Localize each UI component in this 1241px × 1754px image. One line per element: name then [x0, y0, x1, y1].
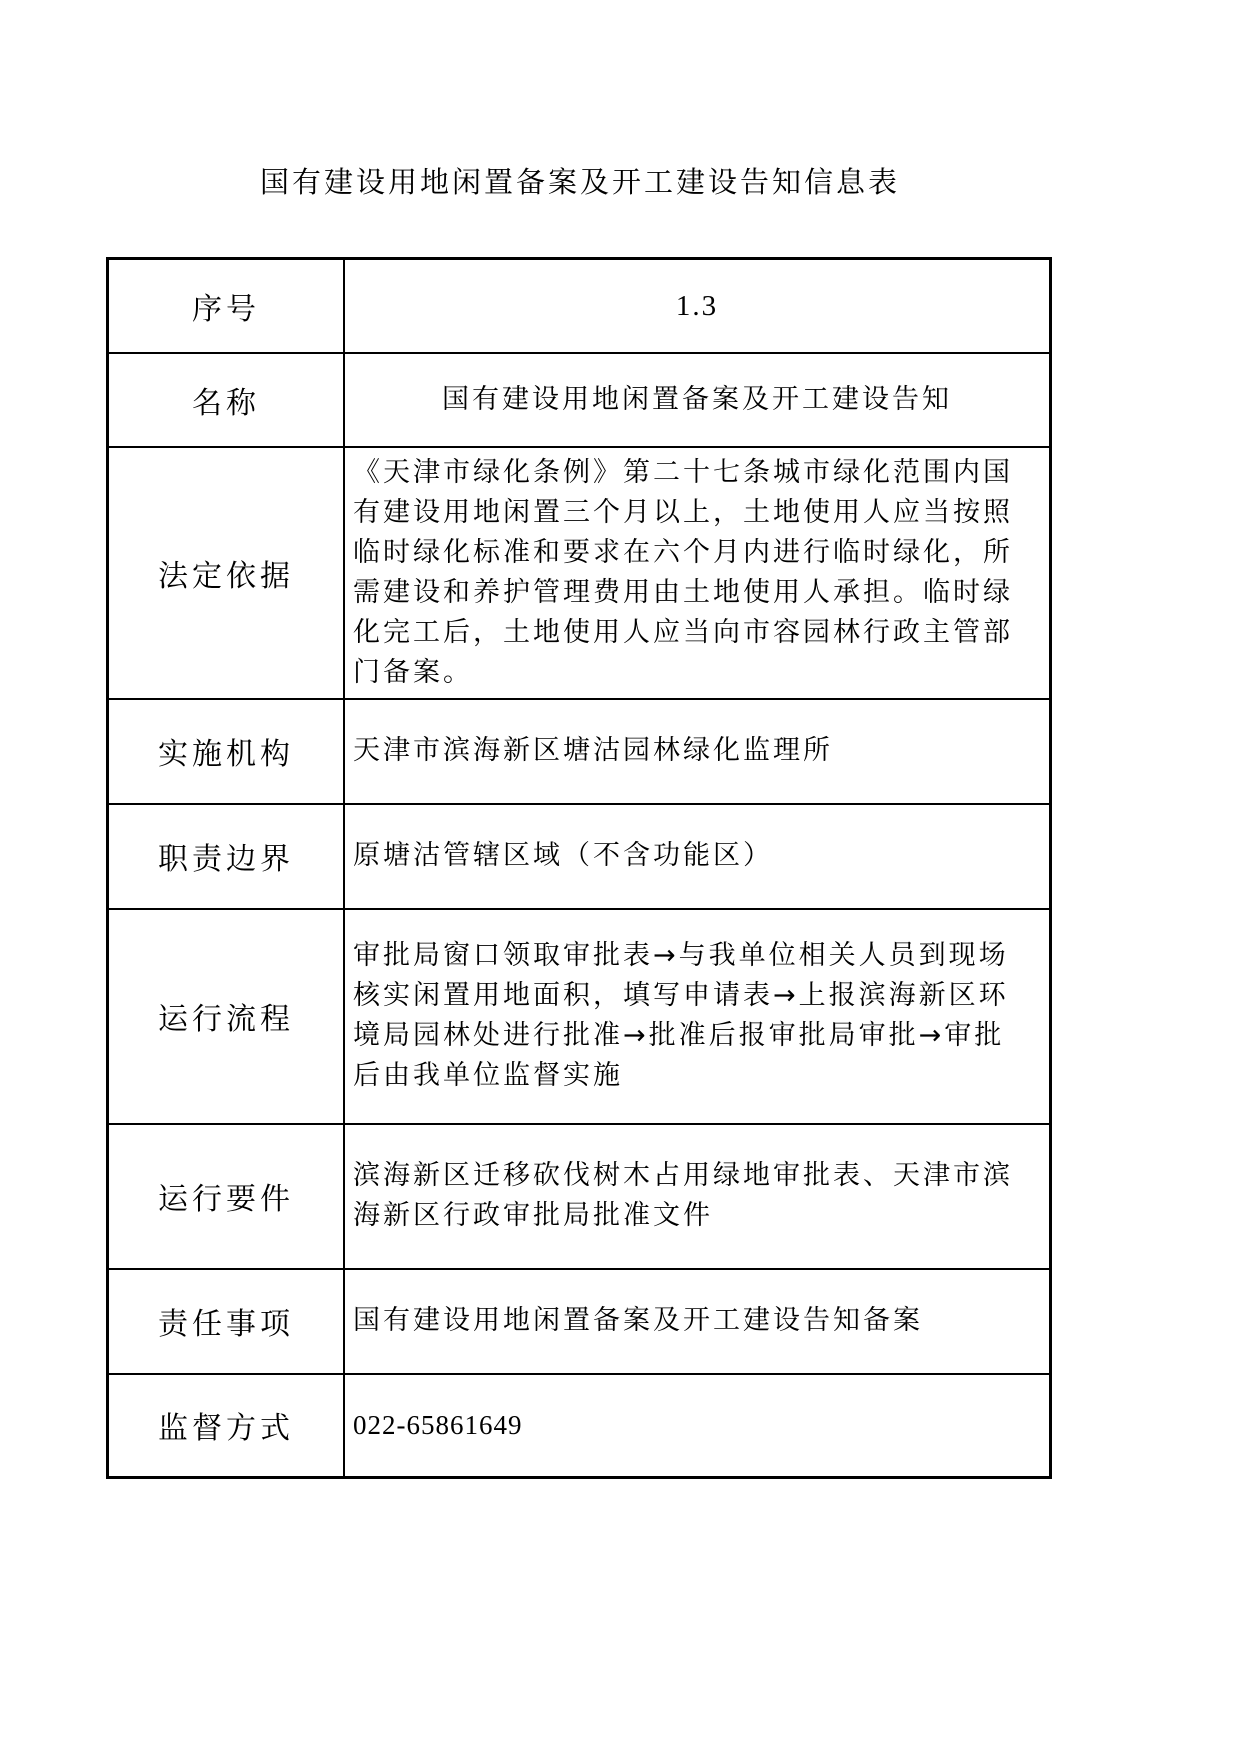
table-row-responsibility-boundary: 职责边界 原塘沽管辖区域（不含功能区）	[108, 804, 1051, 909]
value-operating-process: 审批局窗口领取审批表→与我单位相关人员到现场核实闲置用地面积，填写申请表→上报滨…	[344, 909, 1051, 1124]
value-sequence-number: 1.3	[344, 259, 1051, 353]
label-responsibility-boundary: 职责边界	[108, 804, 345, 909]
value-name: 国有建设用地闲置备案及开工建设告知	[344, 353, 1051, 447]
label-name: 名称	[108, 353, 345, 447]
label-operating-requirements: 运行要件	[108, 1124, 345, 1269]
value-supervision-phone: 022-65861649	[344, 1374, 1051, 1478]
value-legal-basis: 《天津市绿化条例》第二十七条城市绿化范围内国有建设用地闲置三个月以上，土地使用人…	[344, 447, 1051, 699]
table-row-supervision-method: 监督方式 022-65861649	[108, 1374, 1051, 1478]
value-implementing-agency: 天津市滨海新区塘沽园林绿化监理所	[344, 699, 1051, 804]
value-operating-requirements: 滨海新区迁移砍伐树木占用绿地审批表、天津市滨海新区行政审批局批准文件	[344, 1124, 1051, 1269]
label-implementing-agency: 实施机构	[108, 699, 345, 804]
table-row-implementing-agency: 实施机构 天津市滨海新区塘沽园林绿化监理所	[108, 699, 1051, 804]
table-row-legal-basis: 法定依据 《天津市绿化条例》第二十七条城市绿化范围内国有建设用地闲置三个月以上，…	[108, 447, 1051, 699]
table-row-name: 名称 国有建设用地闲置备案及开工建设告知	[108, 353, 1051, 447]
label-supervision-method: 监督方式	[108, 1374, 345, 1478]
table-row-operating-requirements: 运行要件 滨海新区迁移砍伐树木占用绿地审批表、天津市滨海新区行政审批局批准文件	[108, 1124, 1051, 1269]
value-responsibility-items: 国有建设用地闲置备案及开工建设告知备案	[344, 1269, 1051, 1374]
document-title: 国有建设用地闲置备案及开工建设告知信息表	[0, 160, 1160, 201]
table-row-operating-process: 运行流程 审批局窗口领取审批表→与我单位相关人员到现场核实闲置用地面积，填写申请…	[108, 909, 1051, 1124]
label-sequence-number: 序号	[108, 259, 345, 353]
label-responsibility-items: 责任事项	[108, 1269, 345, 1374]
value-responsibility-boundary: 原塘沽管辖区域（不含功能区）	[344, 804, 1051, 909]
info-table: 序号 1.3 名称 国有建设用地闲置备案及开工建设告知 法定依据 《天津市绿化条…	[106, 257, 1052, 1479]
table-row-sequence-number: 序号 1.3	[108, 259, 1051, 353]
table-row-responsibility-items: 责任事项 国有建设用地闲置备案及开工建设告知备案	[108, 1269, 1051, 1374]
label-operating-process: 运行流程	[108, 909, 345, 1124]
label-legal-basis: 法定依据	[108, 447, 345, 699]
